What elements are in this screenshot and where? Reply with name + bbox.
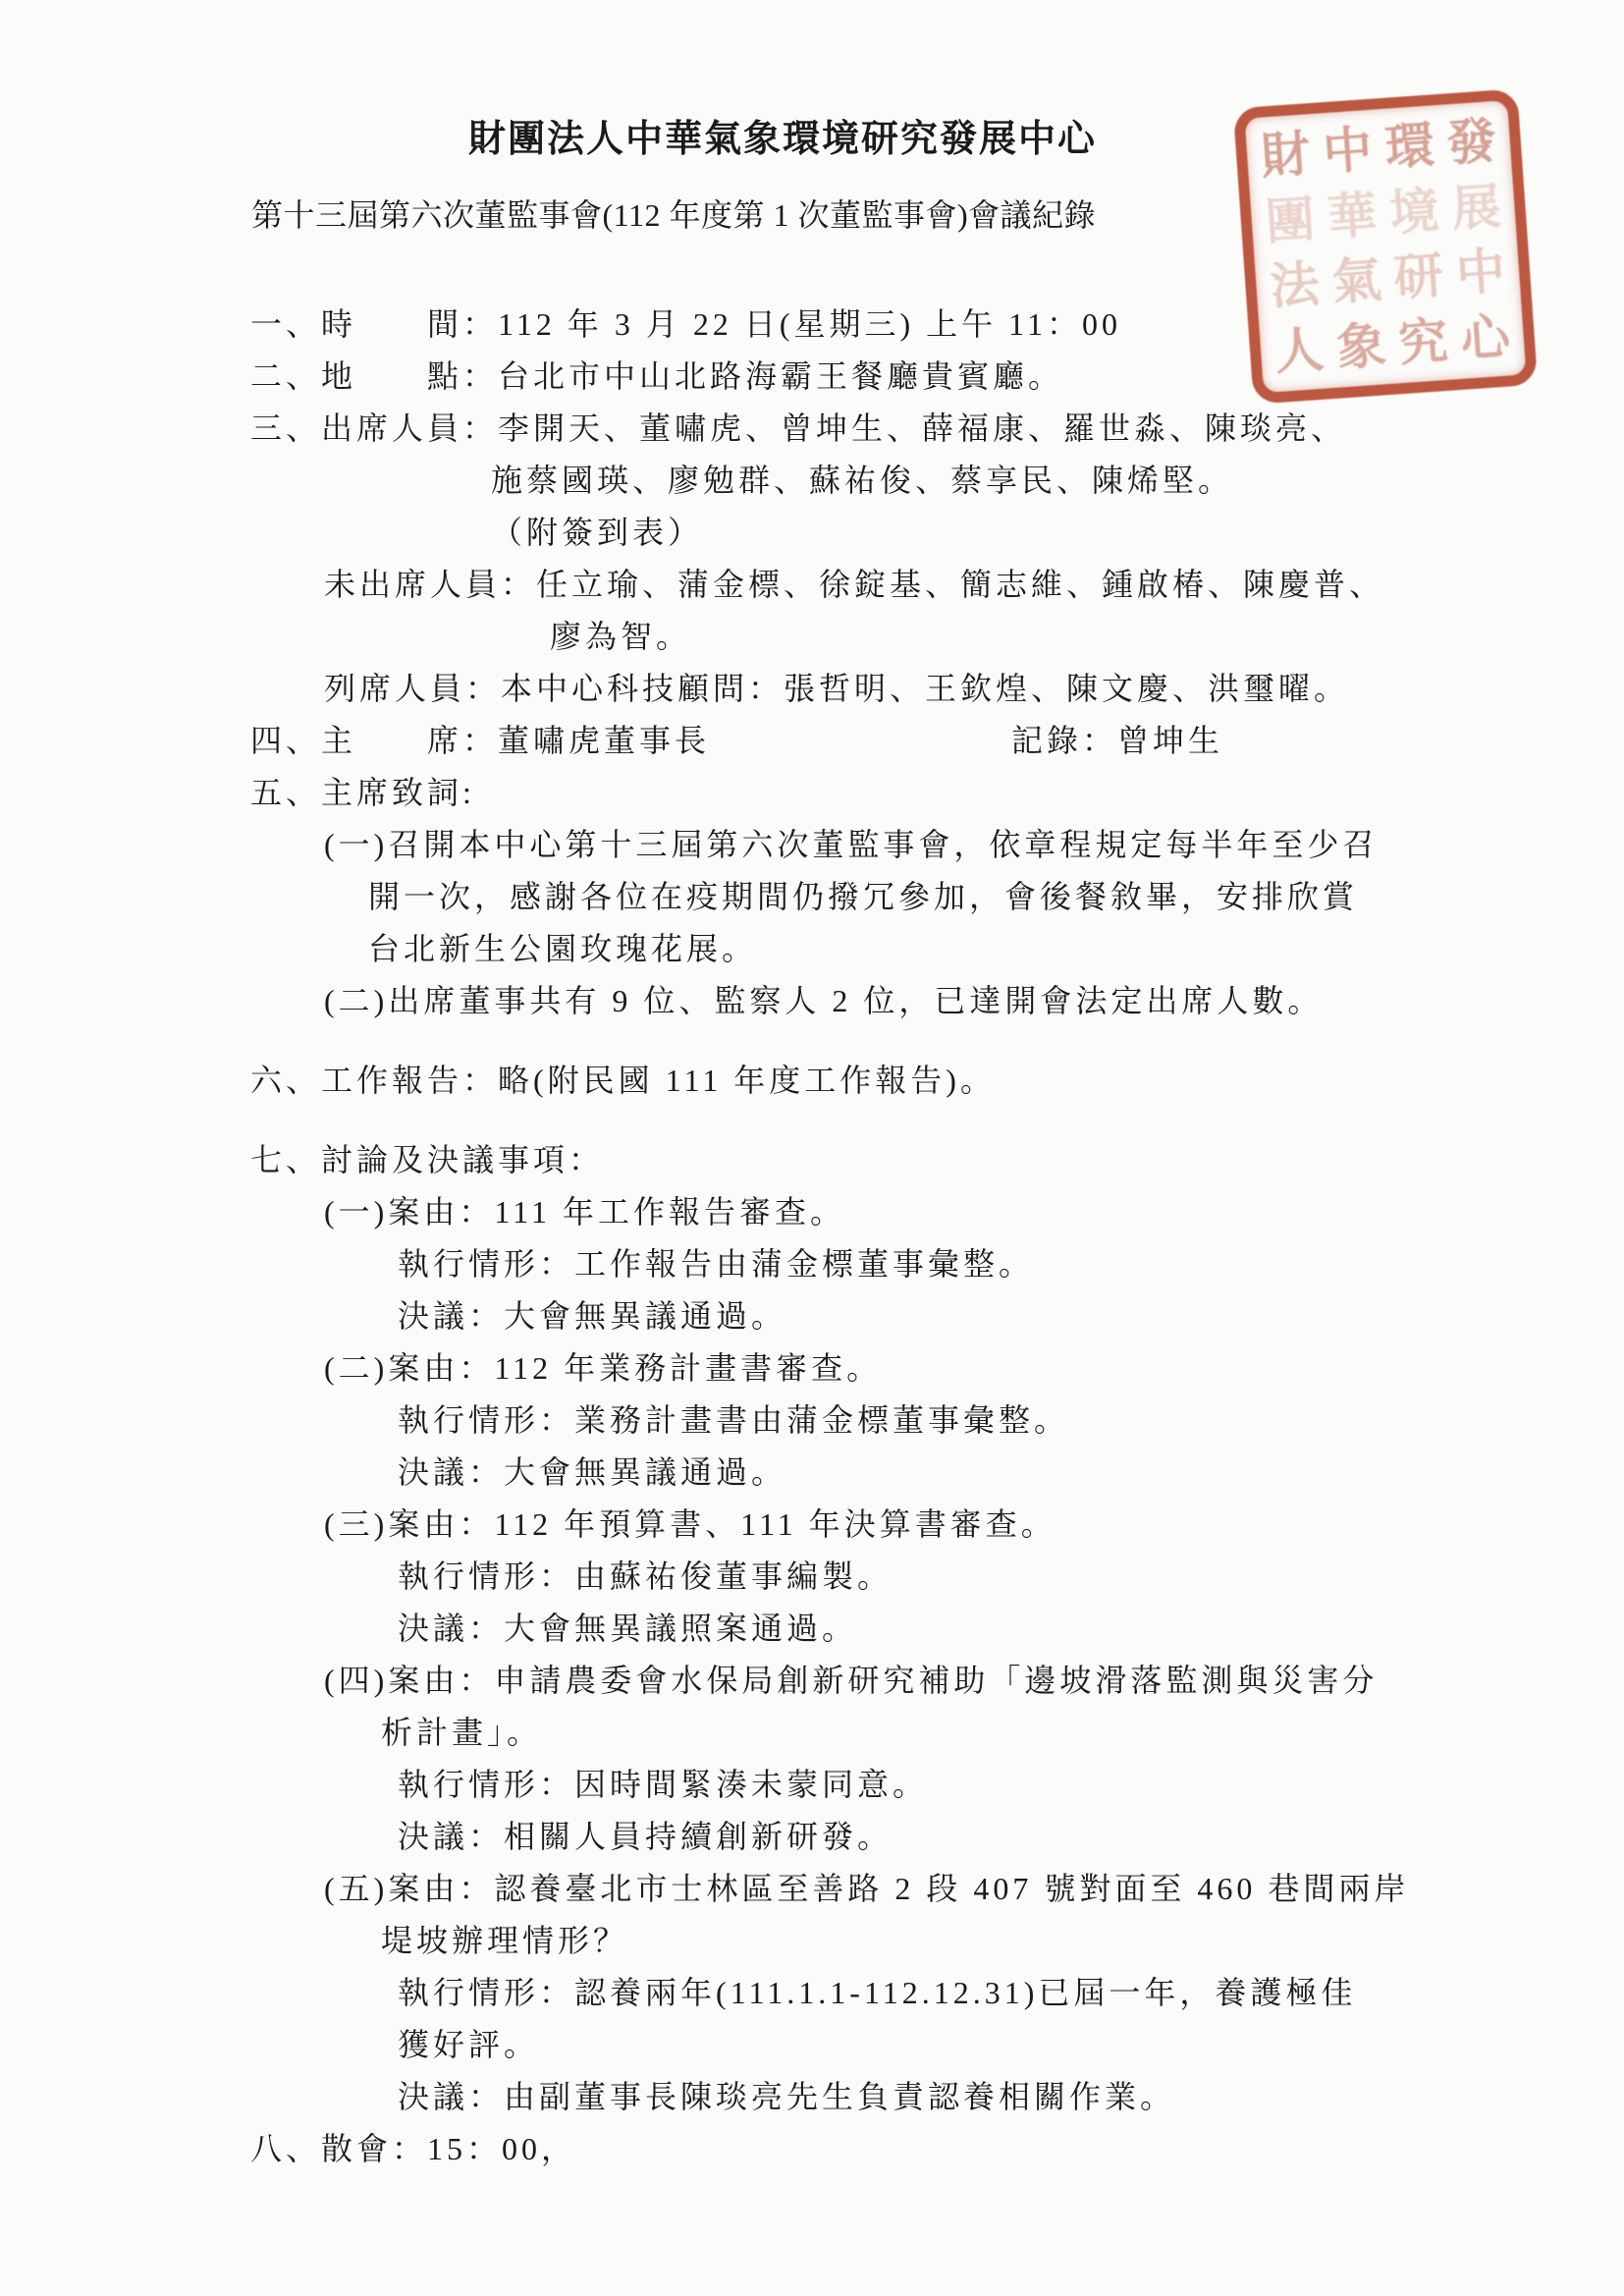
case-5-execution: 執行情形：認養兩年(111.1.1-112.12.31)已屆一年，養護極佳 xyxy=(0,1967,1624,2019)
case-2-execution: 執行情形：業務計畫書由蒲金標董事彙整。 xyxy=(0,1394,1624,1447)
discussion-heading: 七、討論及決議事項： xyxy=(0,1134,1624,1186)
seal-glyph: 境 xyxy=(1387,183,1440,241)
case-4-resolution: 決議：相關人員持續創新研發。 xyxy=(0,1811,1624,1863)
attendees-cont: 施蔡國瑛、廖勉群、蘇祐俊、蔡享民、陳烯堅。 xyxy=(0,455,1624,507)
seal-glyph: 華 xyxy=(1326,187,1379,245)
case-3-subject: (三)案由：112 年預算書、111 年決算書審查。 xyxy=(0,1499,1624,1551)
meeting-minutes-document: 財團法人中華氣象環境研究發展中心 第十三屆第六次董監事會(112 年度第 1 次… xyxy=(0,0,1624,2296)
adjournment: 八、散會：15：00， xyxy=(0,2123,1624,2175)
case-4-execution: 執行情形：因時間緊湊未蒙同意。 xyxy=(0,1759,1624,1811)
meeting-time: 一、時 間：112 年 3 月 22 日(星期三) 上午 11：00 xyxy=(0,299,1624,351)
seal-glyph: 發 xyxy=(1445,113,1498,171)
seal-glyph: 中 xyxy=(1322,122,1375,180)
attendees: 三、出席人員：李開天、董嘯虎、曾坤生、薛福康、羅世淼、陳琰亮、 xyxy=(0,403,1624,455)
document-body: 一、時 間：112 年 3 月 22 日(星期三) 上午 11：00二、地 點：… xyxy=(0,299,1624,2175)
remarks-1-cont-a: 開一次，感謝各位在疫期間仍撥冗參加，會後餐敘畢，安排欣賞 xyxy=(0,871,1624,923)
absentees: 未出席人員：任立瑜、蒲金標、徐錠基、簡志維、鍾啟椿、陳慶普、 xyxy=(0,559,1624,611)
document-title: 財團法人中華氣象環境研究發展中心 xyxy=(468,108,1097,162)
case-2-subject: (二)案由：112 年業務計畫書審查。 xyxy=(0,1342,1624,1394)
case-3-execution: 執行情形：由蘇祐俊董事編製。 xyxy=(0,1551,1624,1603)
meeting-venue: 二、地 點：台北市中山北路海霸王餐廳貴賓廳。 xyxy=(0,351,1624,403)
case-5-resolution: 決議：由副董事長陳琰亮先生負責認養相關作業。 xyxy=(0,2071,1624,2123)
remarks-2: (二)出席董事共有 9 位、監察人 2 位，已達開會法定出席人數。 xyxy=(0,975,1624,1027)
remarks-1: (一)召開本中心第十三屆第六次董監事會，依章程規定每半年至少召 xyxy=(0,819,1624,871)
case-5-subject: (五)案由：認養臺北市士林區至善路 2 段 407 號對面至 460 巷間兩岸 xyxy=(0,1863,1624,1915)
seal-glyph: 研 xyxy=(1392,247,1445,305)
seal-glyph: 財 xyxy=(1259,126,1312,184)
document-subtitle: 第十三屆第六次董監事會(112 年度第 1 次董監事會)會議紀錄 xyxy=(251,191,1096,236)
case-3-resolution: 決議：大會無異議照案通過。 xyxy=(0,1603,1624,1655)
case-1-resolution: 決議：大會無異議通過。 xyxy=(0,1290,1624,1342)
case-1-subject: (一)案由：111 年工作報告審查。 xyxy=(0,1186,1624,1238)
work-report: 六、工作報告：略(附民國 111 年度工作報告)。 xyxy=(0,1055,1624,1107)
sign-in-note: （附簽到表） xyxy=(0,507,1624,559)
recorder-label: 記錄：曾坤生 xyxy=(1011,715,1223,767)
seal-glyph: 中 xyxy=(1454,244,1507,301)
seal-glyph: 展 xyxy=(1450,178,1503,236)
remarks-1-cont-b: 台北新生公園玫瑰花展。 xyxy=(0,923,1624,975)
case-5-execution-cont: 獲好評。 xyxy=(0,2019,1624,2071)
seal-glyph-row: 團華境展 xyxy=(1264,178,1502,249)
chairman: 四、主 席：董嘯虎董事長記錄：曾坤生 xyxy=(0,715,1624,767)
case-2-resolution: 決議：大會無異議通過。 xyxy=(0,1447,1624,1499)
case-4-subject: (四)案由：申請農委會水保局創新研究補助「邊坡滑落監測與災害分 xyxy=(0,1655,1624,1707)
observers: 列席人員：本中心科技顧問：張哲明、王欽煌、陳文慶、洪璽曜。 xyxy=(0,663,1624,715)
seal-glyph-row: 財中環發 xyxy=(1259,113,1497,185)
case-1-execution: 執行情形：工作報告由蒲金標董事彙整。 xyxy=(0,1238,1624,1290)
case-5-subject-cont: 堤坡辦理情形？ xyxy=(0,1915,1624,1967)
seal-glyph: 環 xyxy=(1383,117,1436,175)
absentees-cont: 廖為智。 xyxy=(0,611,1624,663)
chairman-remarks: 五、主席致詞: xyxy=(0,767,1624,819)
case-4-subject-cont: 析計畫」。 xyxy=(0,1707,1624,1759)
seal-glyph: 團 xyxy=(1264,191,1317,249)
